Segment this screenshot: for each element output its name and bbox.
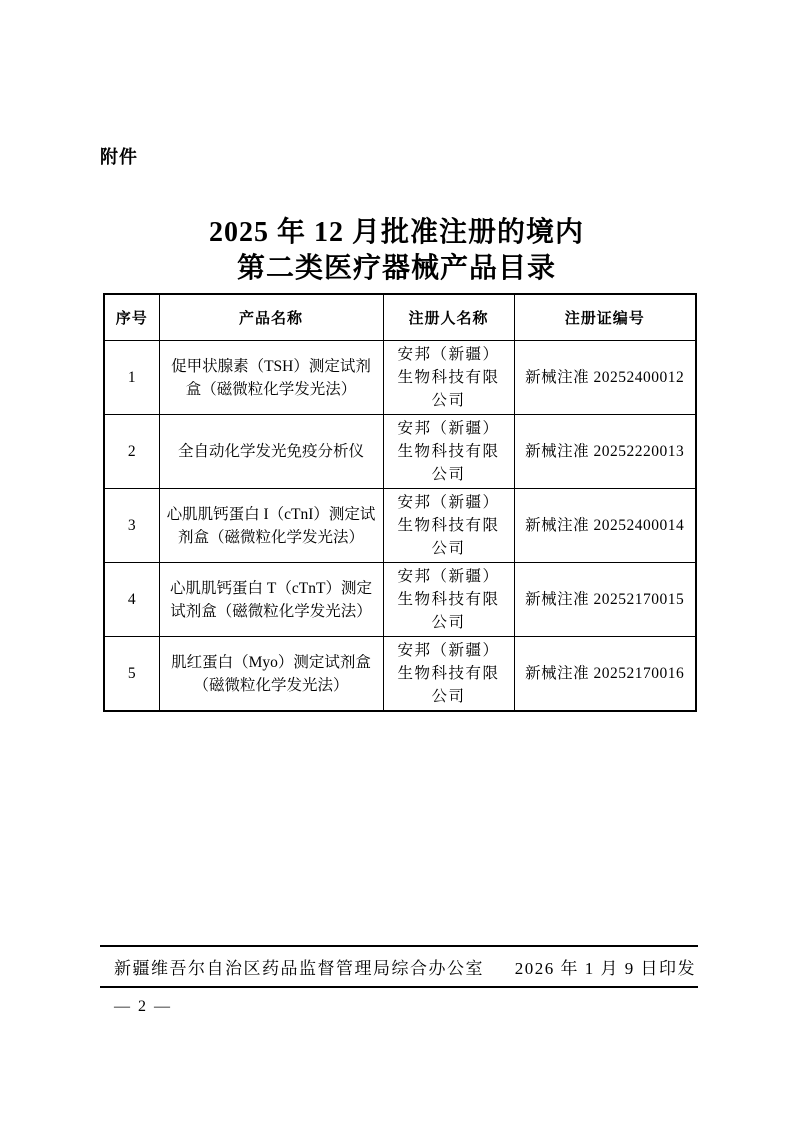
footer-text-row: 新疆维吾尔自治区药品监督管理局综合办公室 2026 年 1 月 9 日印发 (100, 947, 698, 986)
cell-serial: 1 (104, 341, 159, 415)
col-header-registrant: 注册人名称 (383, 294, 514, 341)
footer: 新疆维吾尔自治区药品监督管理局综合办公室 2026 年 1 月 9 日印发 (100, 945, 698, 988)
cell-cert-number: 新械注准 20252220013 (514, 415, 696, 489)
table-header-row: 序号 产品名称 注册人名称 注册证编号 (104, 294, 696, 341)
cell-registrant: 安邦（新疆）生物科技有限公司 (383, 415, 514, 489)
document-page: { "page": { "attachment_label": "附件", "t… (0, 0, 793, 1122)
cell-cert-number: 新械注准 20252170016 (514, 637, 696, 712)
cell-serial: 4 (104, 563, 159, 637)
cell-registrant: 安邦（新疆）生物科技有限公司 (383, 637, 514, 712)
cell-registrant: 安邦（新疆）生物科技有限公司 (383, 563, 514, 637)
cell-serial: 3 (104, 489, 159, 563)
cell-product-name: 心肌肌钙蛋白 T（cTnT）测定试剂盒（磁微粒化学发光法） (159, 563, 383, 637)
col-header-cert-number: 注册证编号 (514, 294, 696, 341)
table-row: 5 肌红蛋白（Myo）测定试剂盒（磁微粒化学发光法） 安邦（新疆）生物科技有限公… (104, 637, 696, 712)
document-title: 2025 年 12 月批准注册的境内 第二类医疗器械产品目录 (0, 215, 793, 287)
cell-product-name: 心肌肌钙蛋白 I（cTnI）测定试剂盒（磁微粒化学发光法） (159, 489, 383, 563)
footer-rule-bottom (100, 986, 698, 988)
cell-registrant: 安邦（新疆）生物科技有限公司 (383, 489, 514, 563)
attachment-label: 附件 (100, 143, 138, 169)
cell-cert-number: 新械注准 20252170015 (514, 563, 696, 637)
cell-product-name: 全自动化学发光免疫分析仪 (159, 415, 383, 489)
table-row: 4 心肌肌钙蛋白 T（cTnT）测定试剂盒（磁微粒化学发光法） 安邦（新疆）生物… (104, 563, 696, 637)
cell-cert-number: 新械注准 20252400012 (514, 341, 696, 415)
cell-serial: 2 (104, 415, 159, 489)
cell-product-name: 促甲状腺素（TSH）测定试剂盒（磁微粒化学发光法） (159, 341, 383, 415)
document-title-line2: 第二类医疗器械产品目录 (0, 251, 793, 287)
cell-serial: 5 (104, 637, 159, 712)
cell-product-name: 肌红蛋白（Myo）测定试剂盒（磁微粒化学发光法） (159, 637, 383, 712)
page-number: — 2 — (114, 998, 172, 1016)
table-row: 3 心肌肌钙蛋白 I（cTnI）测定试剂盒（磁微粒化学发光法） 安邦（新疆）生物… (104, 489, 696, 563)
table-row: 2 全自动化学发光免疫分析仪 安邦（新疆）生物科技有限公司 新械注准 20252… (104, 415, 696, 489)
products-table: 序号 产品名称 注册人名称 注册证编号 1 促甲状腺素（TSH）测定试剂盒（磁微… (103, 293, 697, 712)
document-title-line1: 2025 年 12 月批准注册的境内 (0, 215, 793, 251)
col-header-product: 产品名称 (159, 294, 383, 341)
cell-registrant: 安邦（新疆）生物科技有限公司 (383, 341, 514, 415)
col-header-serial: 序号 (104, 294, 159, 341)
footer-issuer: 新疆维吾尔自治区药品监督管理局综合办公室 (114, 954, 484, 979)
cell-cert-number: 新械注准 20252400014 (514, 489, 696, 563)
table-row: 1 促甲状腺素（TSH）测定试剂盒（磁微粒化学发光法） 安邦（新疆）生物科技有限… (104, 341, 696, 415)
footer-print-date: 2026 年 1 月 9 日印发 (515, 954, 696, 979)
